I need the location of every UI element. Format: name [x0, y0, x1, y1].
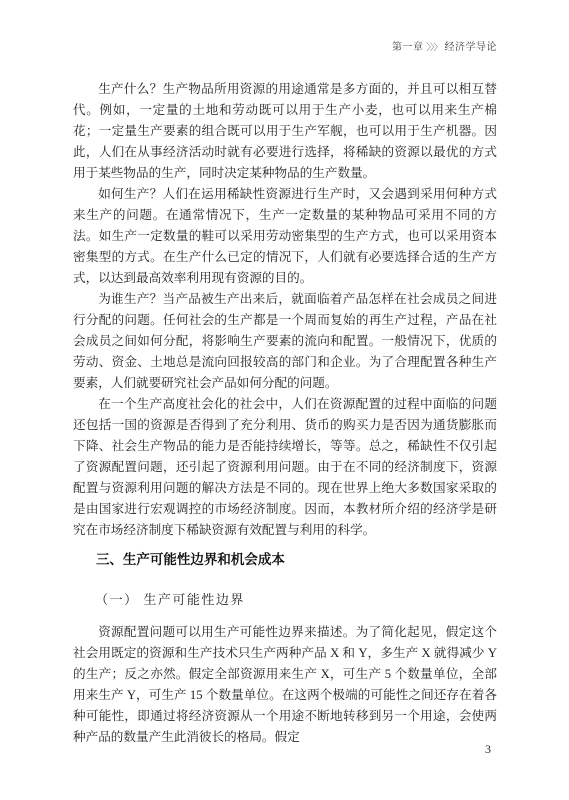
- page-number: 3: [485, 742, 491, 757]
- paragraph-for-whom-to-produce: 为谁生产？当产品被生产出来后，就面临着产品怎样在社会成员之间进行分配的问题。任何…: [73, 289, 497, 394]
- subsection-heading: （一） 生产可能性边界: [73, 589, 497, 610]
- paragraph-production-possibility-frontier: 资源配置问题可以用生产可能性边界来描述。为了简化起见，假定这个社会用既定的资源和…: [73, 622, 497, 748]
- book-page: 第一章〉〉〉经济学导论 生产什么？生产物品所用资源的用途通常是多方面的，并且可以…: [0, 0, 569, 800]
- running-header: 第一章〉〉〉经济学导论: [392, 38, 497, 53]
- chapter-label: 第一章: [392, 42, 424, 53]
- section-heading: 三、生产可能性边界和机会成本: [73, 549, 497, 570]
- chapter-title: 经济学导论: [445, 42, 498, 53]
- paragraph-how-to-produce: 如何生产？人们在运用稀缺性资源进行生产时，又会遇到采用何种方式来生产的问题。在通…: [73, 184, 497, 289]
- paragraph-what-to-produce: 生产什么？生产物品所用资源的用途通常是多方面的，并且可以相互替代。例如，一定量的…: [73, 79, 497, 184]
- chapter-separator-icon: 〉〉〉: [426, 42, 441, 52]
- paragraph-resource-utilization: 在一个生产高度社会化的社会中，人们在资源配置的过程中面临的问题还包括一国的资源是…: [73, 394, 497, 541]
- page-content: 生产什么？生产物品所用资源的用途通常是多方面的，并且可以相互替代。例如，一定量的…: [73, 79, 497, 748]
